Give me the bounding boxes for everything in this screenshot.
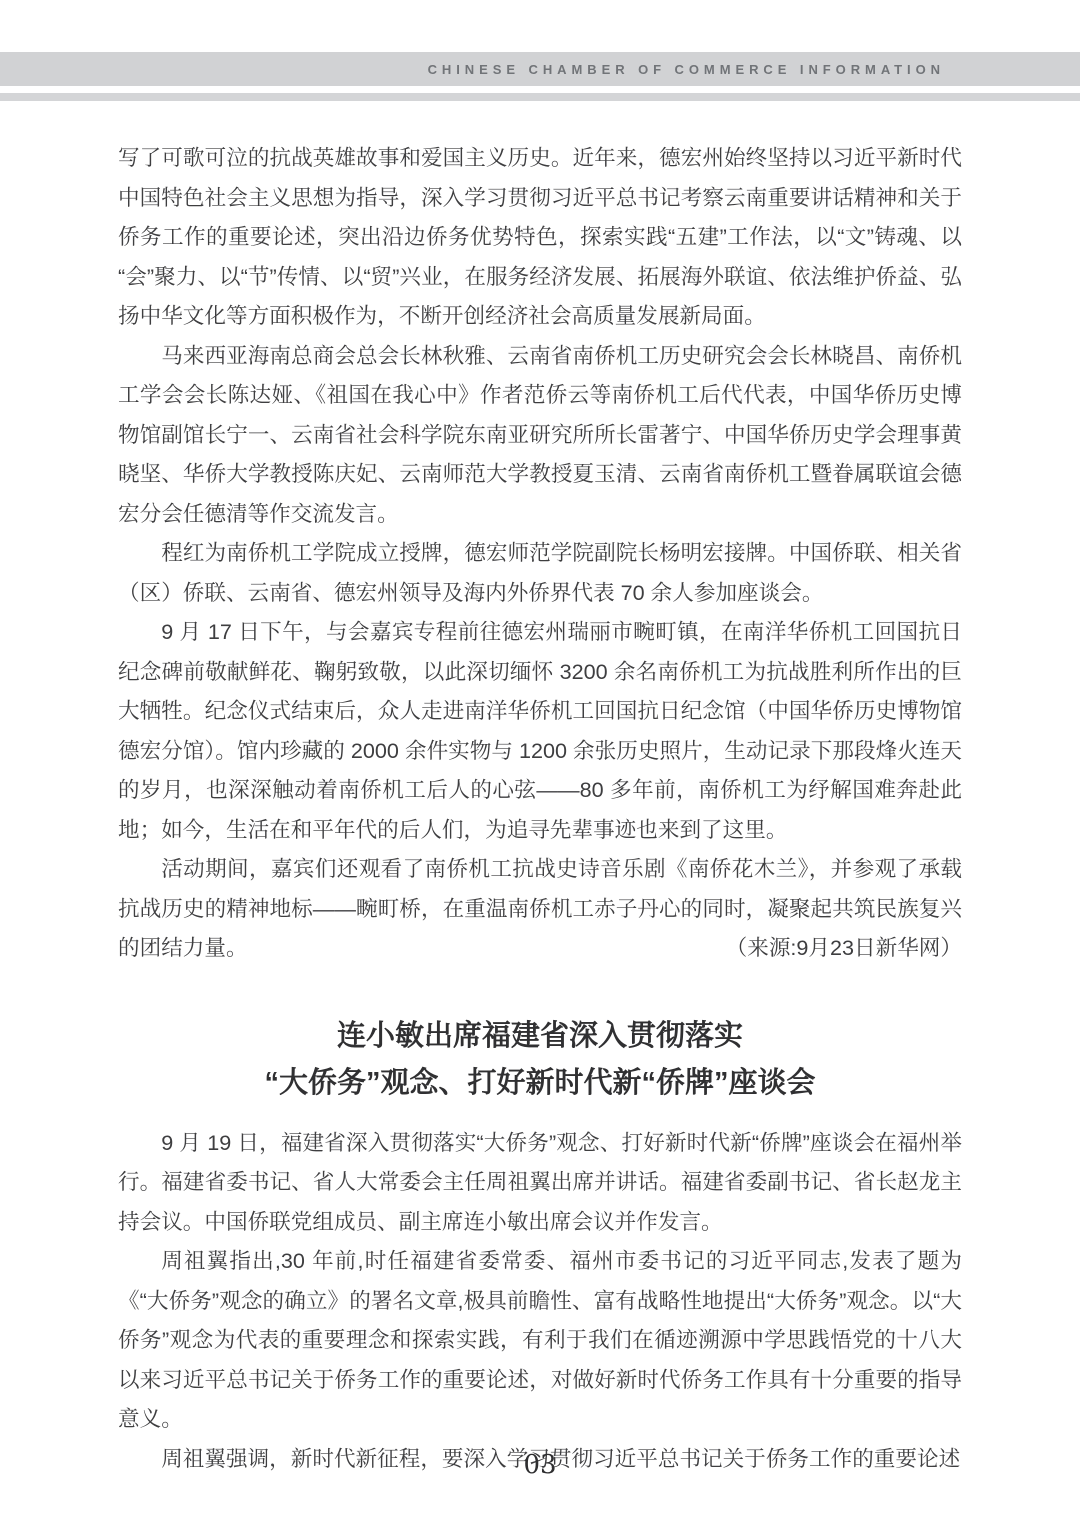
paragraph: 周祖翼指出,30 年前,时任福建省委常委、福州市委书记的习近平同志,发表了题为《… <box>118 1241 962 1439</box>
magazine-page: CHINESE CHAMBER OF COMMERCE INFORMATION … <box>0 0 1080 1525</box>
paragraph: 活动期间，嘉宾们还观看了南侨机工抗战史诗音乐剧《南侨花木兰》，并参观了承载抗战历… <box>118 849 962 968</box>
header-band-thin <box>0 93 1080 101</box>
paragraph: 9 月 17 日下午，与会嘉宾专程前往德宏州瑞丽市畹町镇，在南洋华侨机工回国抗日… <box>118 612 962 849</box>
header-band: CHINESE CHAMBER OF COMMERCE INFORMATION <box>0 52 1080 86</box>
paragraph: 程红为南侨机工学院成立授牌，德宏师范学院副院长杨明宏接牌。中国侨联、相关省（区）… <box>118 533 962 612</box>
paragraph-text: 写了可歌可泣的抗战英雄故事和爱国主义历史。近年来，德宏州始终坚持以习近平新时代中… <box>118 145 962 328</box>
paragraph-text: 周祖翼指出,30 年前,时任福建省委常委、福州市委书记的习近平同志,发表了题为《… <box>118 1248 962 1431</box>
header-banner-text: CHINESE CHAMBER OF COMMERCE INFORMATION <box>428 62 945 77</box>
paragraph-text: 9 月 17 日下午，与会嘉宾专程前往德宏州瑞丽市畹町镇，在南洋华侨机工回国抗日… <box>118 619 962 842</box>
source-credit: （来源:9月23日新华网） <box>726 928 962 968</box>
paragraph-text: 9 月 19 日，福建省深入贯彻落实“大侨务”观念、打好新时代新“侨牌”座谈会在… <box>118 1130 962 1234</box>
paragraph: 9 月 19 日，福建省深入贯彻落实“大侨务”观念、打好新时代新“侨牌”座谈会在… <box>118 1123 962 1242</box>
paragraph: 马来西亚海南总商会总会长林秋雅、云南省南侨机工历史研究会会长林晓昌、南侨机工学会… <box>118 336 962 534</box>
article-title-line-2: “大侨务”观念、打好新时代新“侨牌”座谈会 <box>118 1060 962 1107</box>
page-number: 03 <box>0 1450 1080 1480</box>
paragraph-text: 马来西亚海南总商会总会长林秋雅、云南省南侨机工历史研究会会长林晓昌、南侨机工学会… <box>118 343 962 526</box>
paragraph-continuation: 写了可歌可泣的抗战英雄故事和爱国主义历史。近年来，德宏州始终坚持以习近平新时代中… <box>118 138 962 336</box>
article-title-line-1: 连小敏出席福建省深入贯彻落实 <box>118 1013 962 1060</box>
paragraph-text: 程红为南侨机工学院成立授牌，德宏师范学院副院长杨明宏接牌。中国侨联、相关省（区）… <box>118 540 962 605</box>
article-body: 写了可歌可泣的抗战英雄故事和爱国主义历史。近年来，德宏州始终坚持以习近平新时代中… <box>118 138 962 1478</box>
article-title: 连小敏出席福建省深入贯彻落实 “大侨务”观念、打好新时代新“侨牌”座谈会 <box>118 1013 962 1107</box>
